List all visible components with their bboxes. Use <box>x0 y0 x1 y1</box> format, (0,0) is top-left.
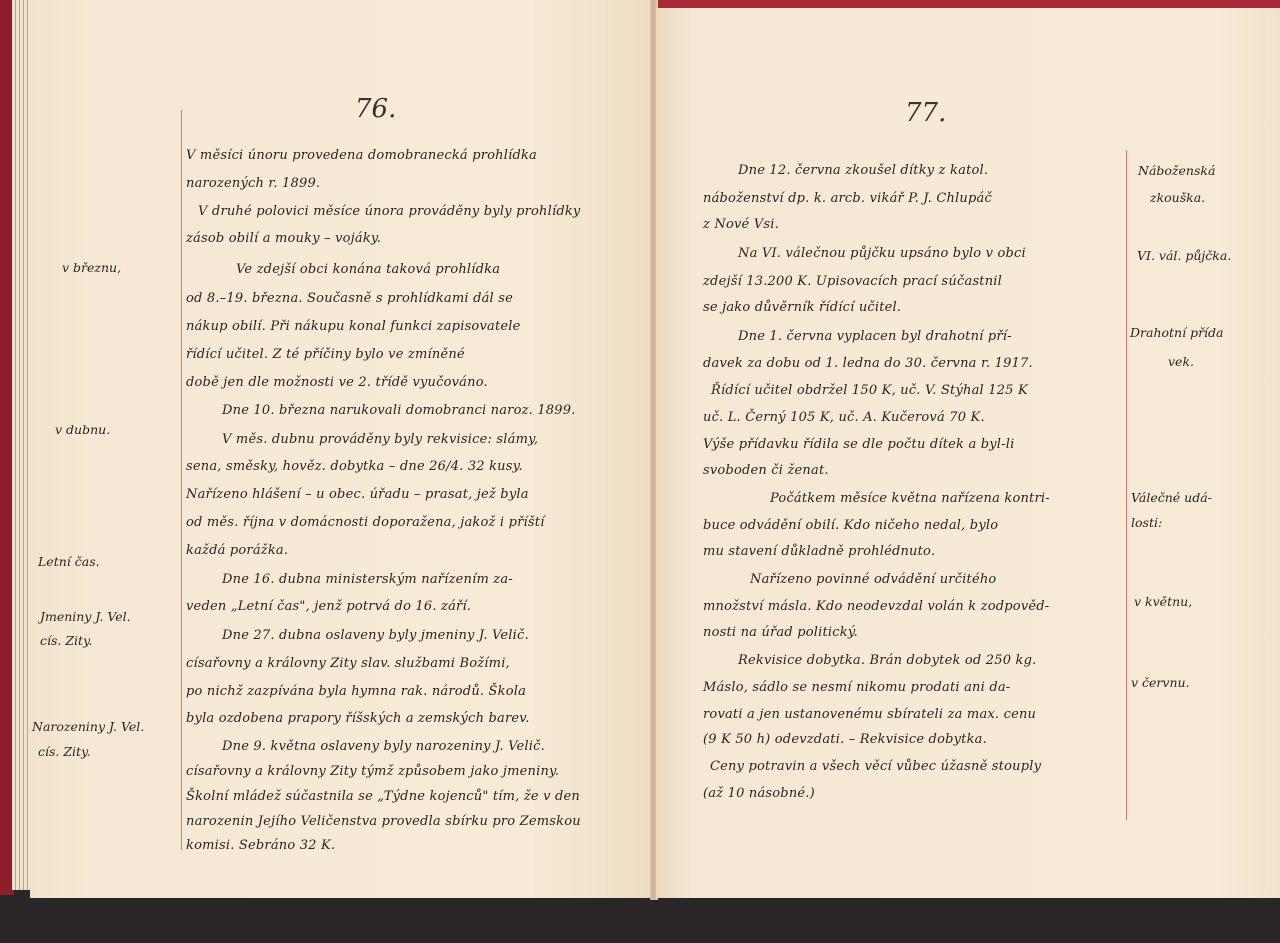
text-line: (9 K 50 h) odevzdati. – Rekvisice dobytk… <box>703 732 987 747</box>
margin-note: Drahotní přída <box>1130 325 1224 340</box>
text-line: Počátkem měsíce května nařízena kontri- <box>770 491 1050 506</box>
page-number-right: 77. <box>905 98 946 128</box>
text-line: byla ozdobena prapory říšských a zemskýc… <box>186 711 530 726</box>
margin-note: losti: <box>1131 515 1162 530</box>
text-line: Řídící učitel obdržel 150 K, uč. V. Stýh… <box>711 383 1028 398</box>
margin-note: Náboženská <box>1138 163 1215 178</box>
text-line: Výše přídavku řídila se dle počtu dítek … <box>703 437 1014 452</box>
text-line: zásob obilí a mouky – vojáky. <box>186 231 381 246</box>
text-line: nákup obilí. Při nákupu konal funkci zap… <box>186 319 521 334</box>
text-line: od měs. října v domácnosti doporažena, j… <box>186 515 545 530</box>
margin-note: zkouška. <box>1150 190 1205 205</box>
margin-note: v březnu, <box>62 260 121 275</box>
text-line: Dne 9. května oslaveny byly narozeniny J… <box>222 739 545 754</box>
right-margin-rule <box>1126 150 1127 820</box>
margin-note: Válečné udá- <box>1131 490 1212 505</box>
text-line: mu stavení důkladně prohlédnuto. <box>703 544 935 559</box>
text-line: době jen dle možnosti ve 2. třídě vyučov… <box>186 375 488 390</box>
text-line: Ve zdejší obci konána taková prohlídka <box>236 262 500 277</box>
text-line: sena, směsky, hověz. dobytka – dne 26/4.… <box>186 459 523 474</box>
text-line: množství másla. Kdo neodevzdal volán k z… <box>703 599 1049 614</box>
text-line: davek za dobu od 1. ledna do 30. června … <box>703 356 1033 371</box>
text-line: císařovny a královny Zity slav. službami… <box>186 656 510 671</box>
page-number-left: 76. <box>355 94 396 124</box>
text-line: Nařízeno hlášení – u obec. úřadu – prasa… <box>186 487 529 502</box>
text-line: náboženství dp. k. arcb. vikář P. J. Chl… <box>703 191 992 206</box>
text-line: Školní mládež súčastnila se „Týdne kojen… <box>186 789 580 804</box>
text-line: Nařízeno povinné odvádění určitého <box>750 572 996 587</box>
text-line: Dne 16. dubna ministerským nařízením za- <box>222 572 513 587</box>
text-line: (až 10 násobné.) <box>703 786 815 801</box>
text-line: Dne 1. června vyplacen byl drahotní pří- <box>738 329 1012 344</box>
text-line: Rekvisice dobytka. Brán dobytek od 250 k… <box>738 653 1036 668</box>
text-line: nosti na úřad politický. <box>703 625 858 640</box>
text-line: rovati a jen ustanovenému sbírateli za m… <box>703 707 1036 722</box>
text-line: od 8.–19. března. Současně s prohlídkami… <box>186 291 513 306</box>
text-line: císařovny a královny Zity týmž způsobem … <box>186 764 559 779</box>
text-line: Ceny potravin a všech věcí vůbec úžasně … <box>710 759 1041 774</box>
text-line: buce odvádění obilí. Kdo ničeho nedal, b… <box>703 518 998 533</box>
margin-note: VI. vál. půjčka. <box>1137 248 1231 263</box>
text-line: z Nové Vsi. <box>703 217 779 232</box>
text-line: řídící učitel. Z té příčiny bylo ve zmín… <box>186 347 465 362</box>
text-line: Dne 27. dubna oslaveny byly jmeniny J. V… <box>222 628 529 643</box>
margin-note: v dubnu. <box>55 422 110 437</box>
book-cover-top <box>620 0 1280 8</box>
text-line: V měsíci únoru provedena domobranecká pr… <box>186 148 537 163</box>
text-line: každá porážka. <box>186 543 288 558</box>
text-line: Na VI. válečnou půjčku upsáno bylo v obc… <box>738 246 1026 261</box>
text-line: se jako důvěrník řídící učitel. <box>703 300 901 315</box>
text-line: uč. L. Černý 105 K, uč. A. Kučerová 70 K… <box>703 410 985 425</box>
text-line: narozenin Jejího Veličenstva provedla sb… <box>186 814 581 829</box>
margin-note: vek. <box>1168 354 1194 369</box>
text-line: svoboden či ženat. <box>703 463 829 478</box>
text-line: Dne 10. března narukovali domobranci nar… <box>222 403 576 418</box>
text-line: Dne 12. června zkoušel dítky z katol. <box>738 163 988 178</box>
margin-note: cís. Zity. <box>40 633 92 648</box>
text-line: veden „Letní čas", jenž potrvá do 16. zá… <box>186 599 471 614</box>
text-line: komisi. Sebráno 32 K. <box>186 838 335 853</box>
margin-note: Narozeniny J. Vel. <box>32 719 144 734</box>
margin-note: Jmeniny J. Vel. <box>40 609 131 624</box>
text-line: V měs. dubnu prováděny byly rekvisice: s… <box>222 432 538 447</box>
margin-note: v květnu, <box>1134 594 1192 609</box>
text-line: V druhé polovici měsíce února prováděny … <box>198 204 580 219</box>
text-line: narozených r. 1899. <box>186 176 320 191</box>
text-line: po nichž zazpívána byla hymna rak. národ… <box>186 684 526 699</box>
text-line: zdejší 13.200 K. Upisovacích prací súčas… <box>703 274 1002 289</box>
margin-note: cís. Zity. <box>38 744 90 759</box>
left-margin-rule <box>181 110 182 850</box>
margin-note: Letní čas. <box>38 554 100 569</box>
text-line: Máslo, sádlo se nesmí nikomu prodati ani… <box>703 680 1010 695</box>
margin-note: v červnu. <box>1131 675 1190 690</box>
